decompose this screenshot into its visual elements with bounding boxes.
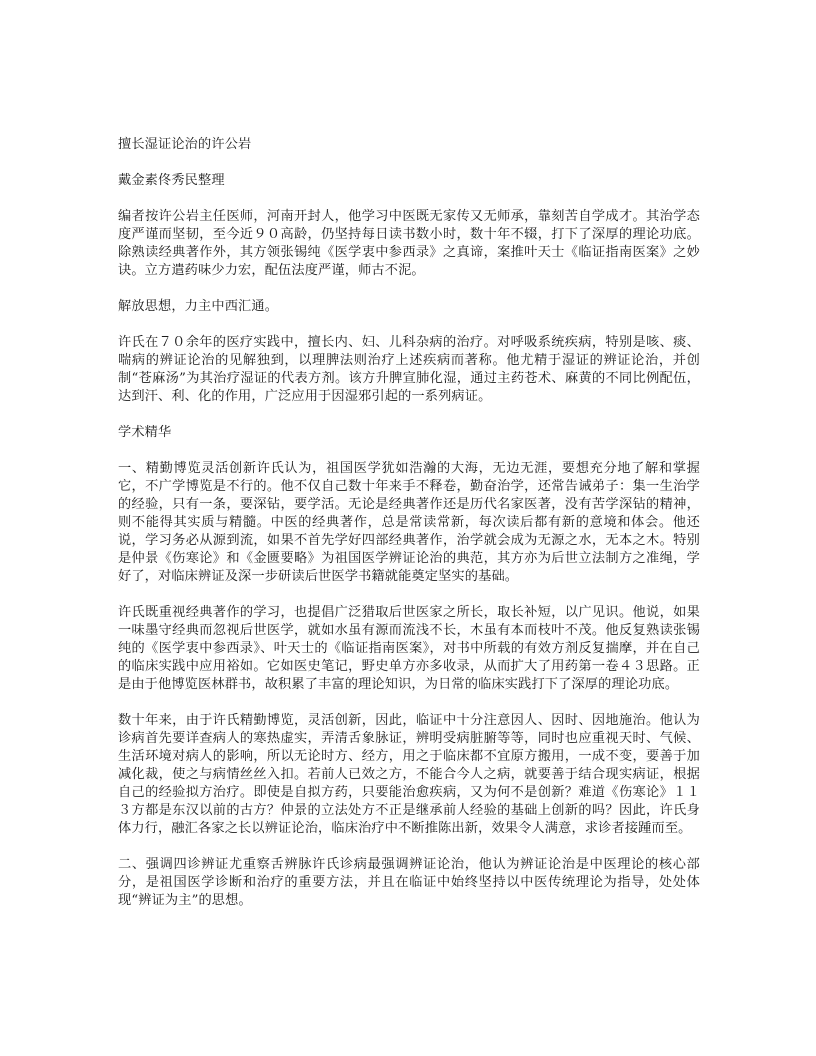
paragraph-innovation: 数十年来，由于许氏精勤博览，灵活创新，因此，临证中十分注意因人、因时、因地施治。… — [118, 712, 700, 838]
paragraph-practice: 许氏在７０余年的医疗实践中，擅长内、妇、儿科杂病的治疗。对呼吸系统疾病，特别是咳… — [118, 334, 700, 406]
paragraph-subheading: 解放思想，力主中西汇通。 — [118, 298, 700, 316]
paragraph-editor-note: 编者按许公岩主任医师，河南开封人，他学习中医既无家传又无师承，靠刻苦自学成才。其… — [118, 208, 700, 280]
paragraph-later-works: 许氏既重视经典著作的学习，也提倡广泛猎取后世医家之所长，取长补短，以广见识。他说… — [118, 604, 700, 694]
paragraph-section-2: 二、强调四诊辨证尤重察舌辨脉许氏诊病最强调辨证论治，他认为辨证论治是中医理论的核… — [118, 856, 700, 910]
document-byline: 戴金素佟秀民整理 — [118, 172, 700, 190]
section-heading: 学术精华 — [118, 424, 700, 442]
document-title: 擅长湿证论治的许公岩 — [118, 136, 700, 154]
paragraph-section-1: 一、精勤博览灵活创新许氏认为，祖国医学犹如浩瀚的大海，无边无涯，要想充分地了解和… — [118, 460, 700, 586]
document-page: 擅长湿证论治的许公岩 戴金素佟秀民整理 编者按许公岩主任医师，河南开封人，他学习… — [118, 136, 700, 928]
